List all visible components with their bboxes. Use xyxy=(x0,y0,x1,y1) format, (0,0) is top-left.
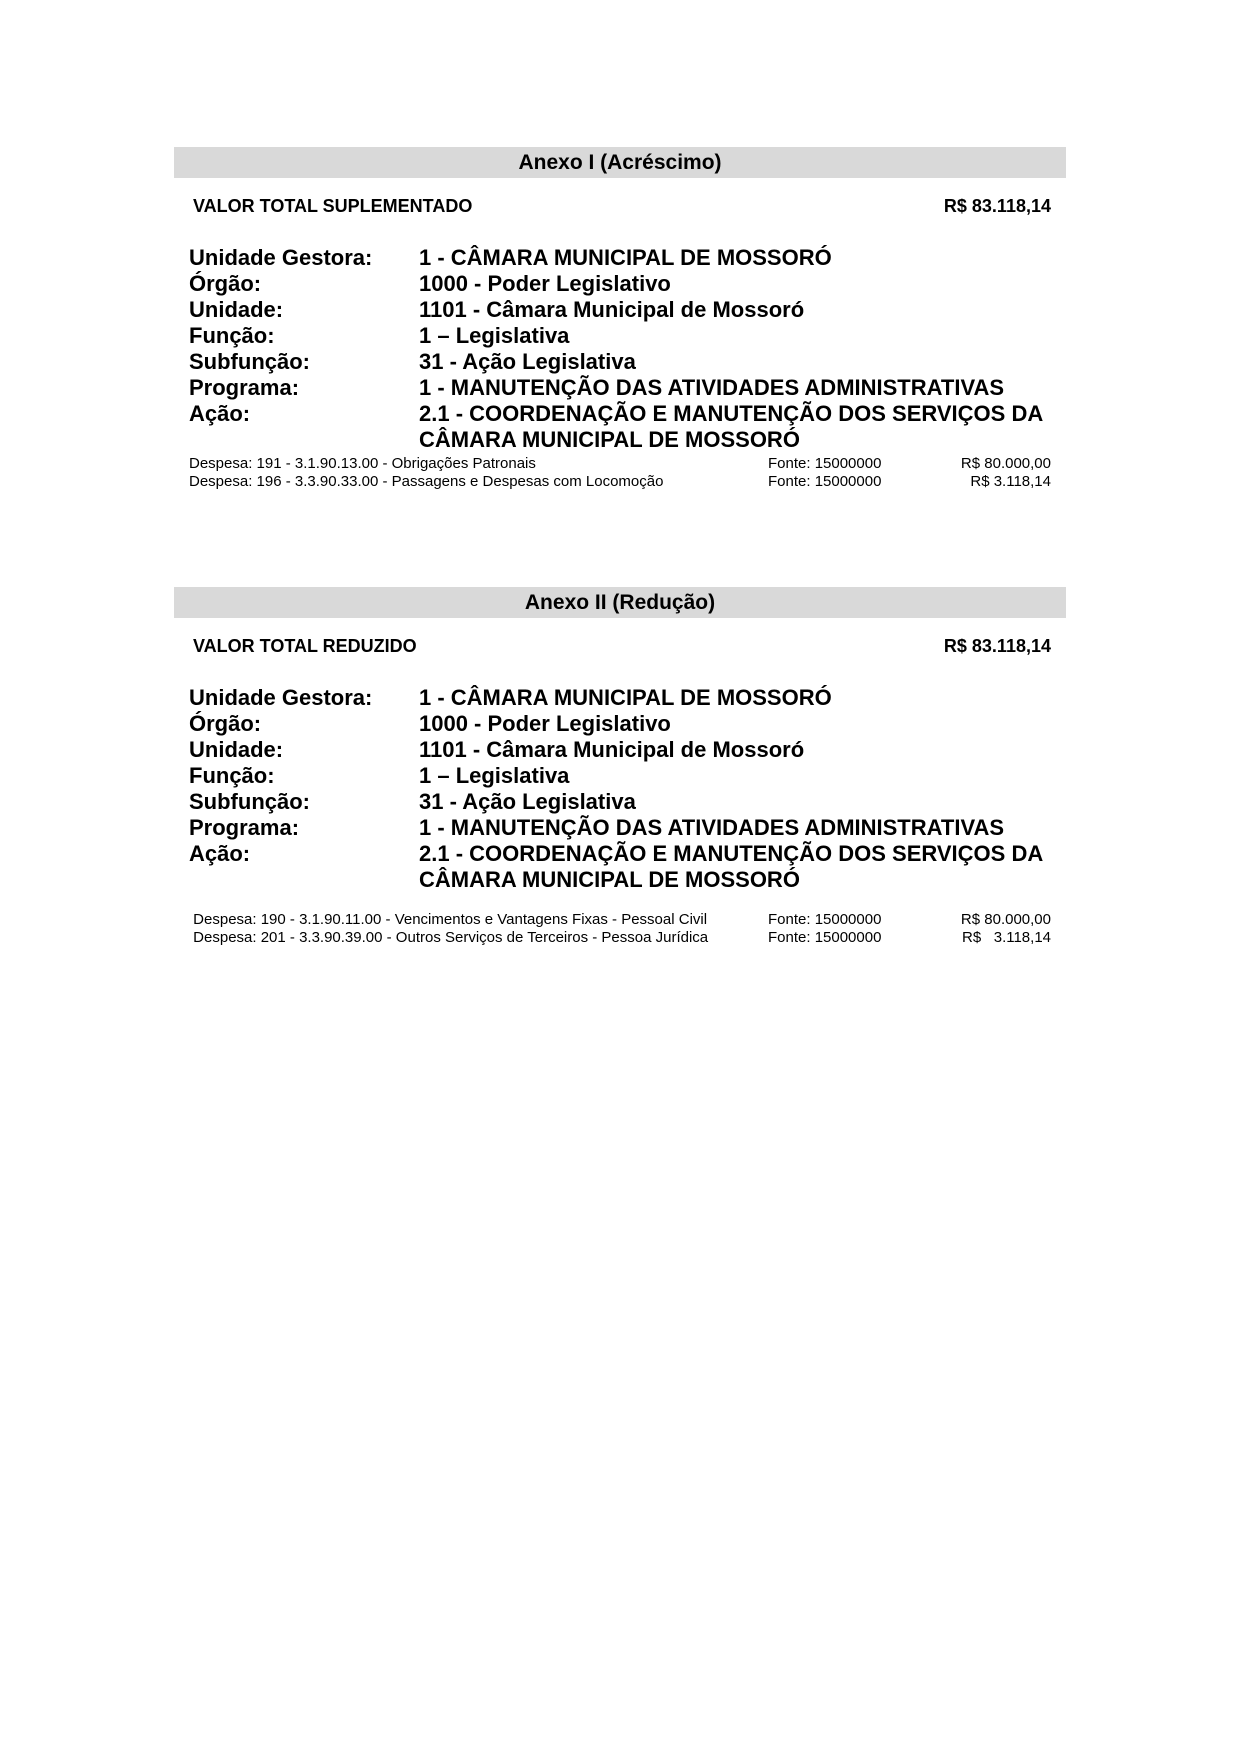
budget-info: Unidade Gestora: 1 - CÂMARA MUNICIPAL DE… xyxy=(174,245,1066,453)
total-row: VALOR TOTAL SUPLEMENTADO R$ 83.118,14 xyxy=(174,194,1066,218)
info-value: 1 – Legislativa xyxy=(419,323,1066,349)
info-label: Ação: xyxy=(174,401,419,453)
info-value: 31 - Ação Legislativa xyxy=(419,349,1066,375)
info-label: Unidade Gestora: xyxy=(174,685,419,711)
info-label: Subfunção: xyxy=(174,349,419,375)
expense-source: Fonte: 15000000 xyxy=(768,473,881,491)
info-value: 2.1 - COORDENAÇÃO E MANUTENÇÃO DOS SERVI… xyxy=(419,401,1066,453)
info-value: 2.1 - COORDENAÇÃO E MANUTENÇÃO DOS SERVI… xyxy=(419,841,1066,893)
expense-amount: R$ 3.118,14 xyxy=(962,929,1051,947)
expense-meta-column: Fonte: 15000000 R$ 80.000,00 Fonte: 1500… xyxy=(768,911,1051,947)
total-row: VALOR TOTAL REDUZIDO R$ 83.118,14 xyxy=(174,634,1066,658)
info-row-acao: Ação: 2.1 - COORDENAÇÃO E MANUTENÇÃO DOS… xyxy=(174,401,1066,453)
expense-description: Despesa: 201 - 3.3.90.39.00 - Outros Ser… xyxy=(174,929,749,947)
info-row-subfuncao: Subfunção: 31 - Ação Legislativa xyxy=(174,349,1066,375)
info-row-subfuncao: Subfunção: 31 - Ação Legislativa xyxy=(174,789,1066,815)
annex-title: Anexo I (Acréscimo) xyxy=(174,147,1066,178)
info-label: Função: xyxy=(174,323,419,349)
expense-row: Fonte: 15000000 R$ 80.000,00 xyxy=(768,911,1051,929)
info-value: 1101 - Câmara Municipal de Mossoró xyxy=(419,737,1066,763)
budget-info: Unidade Gestora: 1 - CÂMARA MUNICIPAL DE… xyxy=(174,685,1066,893)
expense-list: Despesa: 191 - 3.1.90.13.00 - Obrigações… xyxy=(174,455,1066,491)
info-label: Subfunção: xyxy=(174,789,419,815)
expense-description: Despesa: 196 - 3.3.90.33.00 - Passagens … xyxy=(174,473,729,491)
info-row-acao: Ação: 2.1 - COORDENAÇÃO E MANUTENÇÃO DOS… xyxy=(174,841,1066,893)
expense-amount: R$ 3.118,14 xyxy=(970,473,1051,491)
info-label: Ação: xyxy=(174,841,419,893)
expense-source: Fonte: 15000000 xyxy=(768,911,881,929)
expense-list: Despesa: 190 - 3.1.90.11.00 - Vencimento… xyxy=(174,911,1066,947)
info-value: 31 - Ação Legislativa xyxy=(419,789,1066,815)
info-label: Programa: xyxy=(174,815,419,841)
annex-reducao: Anexo II (Redução) VALOR TOTAL REDUZIDO … xyxy=(174,587,1066,947)
annex-title: Anexo II (Redução) xyxy=(174,587,1066,618)
info-row-programa: Programa: 1 - MANUTENÇÃO DAS ATIVIDADES … xyxy=(174,375,1066,401)
info-label: Unidade: xyxy=(174,297,419,323)
info-value: 1000 - Poder Legislativo xyxy=(419,711,1066,737)
info-value: 1 - CÂMARA MUNICIPAL DE MOSSORÓ xyxy=(419,685,1066,711)
info-label: Programa: xyxy=(174,375,419,401)
total-value: R$ 83.118,14 xyxy=(944,194,1051,218)
expense-description: Despesa: 190 - 3.1.90.11.00 - Vencimento… xyxy=(174,911,749,929)
info-row-unidade: Unidade: 1101 - Câmara Municipal de Moss… xyxy=(174,297,1066,323)
expense-description: Despesa: 191 - 3.1.90.13.00 - Obrigações… xyxy=(174,455,729,473)
info-label: Unidade Gestora: xyxy=(174,245,419,271)
info-row-funcao: Função: 1 – Legislativa xyxy=(174,763,1066,789)
info-value: 1 - MANUTENÇÃO DAS ATIVIDADES ADMINISTRA… xyxy=(419,375,1066,401)
annex-acrescimo: Anexo I (Acréscimo) VALOR TOTAL SUPLEMEN… xyxy=(174,147,1066,491)
info-value: 1 – Legislativa xyxy=(419,763,1066,789)
info-label: Unidade: xyxy=(174,737,419,763)
info-row-unidade-gestora: Unidade Gestora: 1 - CÂMARA MUNICIPAL DE… xyxy=(174,685,1066,711)
expense-row: Despesa: 196 - 3.3.90.33.00 - Passagens … xyxy=(174,473,1066,491)
total-label: VALOR TOTAL SUPLEMENTADO xyxy=(193,194,472,218)
expense-row: Fonte: 15000000 R$ 3.118,14 xyxy=(768,929,1051,947)
total-label: VALOR TOTAL REDUZIDO xyxy=(193,634,417,658)
expense-source: Fonte: 15000000 xyxy=(768,455,881,473)
expense-source: Fonte: 15000000 xyxy=(768,929,881,947)
total-value: R$ 83.118,14 xyxy=(944,634,1051,658)
info-label: Órgão: xyxy=(174,271,419,297)
info-row-orgao: Órgão: 1000 - Poder Legislativo xyxy=(174,271,1066,297)
info-row-funcao: Função: 1 – Legislativa xyxy=(174,323,1066,349)
info-value: 1101 - Câmara Municipal de Mossoró xyxy=(419,297,1066,323)
info-row-programa: Programa: 1 - MANUTENÇÃO DAS ATIVIDADES … xyxy=(174,815,1066,841)
info-value: 1000 - Poder Legislativo xyxy=(419,271,1066,297)
expense-amount: R$ 80.000,00 xyxy=(961,911,1051,929)
info-value: 1 - MANUTENÇÃO DAS ATIVIDADES ADMINISTRA… xyxy=(419,815,1066,841)
info-row-unidade: Unidade: 1101 - Câmara Municipal de Moss… xyxy=(174,737,1066,763)
info-value: 1 - CÂMARA MUNICIPAL DE MOSSORÓ xyxy=(419,245,1066,271)
expense-row: Despesa: 191 - 3.1.90.13.00 - Obrigações… xyxy=(174,455,1066,473)
info-row-unidade-gestora: Unidade Gestora: 1 - CÂMARA MUNICIPAL DE… xyxy=(174,245,1066,271)
expense-amount: R$ 80.000,00 xyxy=(961,455,1051,473)
info-row-orgao: Órgão: 1000 - Poder Legislativo xyxy=(174,711,1066,737)
info-label: Função: xyxy=(174,763,419,789)
info-label: Órgão: xyxy=(174,711,419,737)
